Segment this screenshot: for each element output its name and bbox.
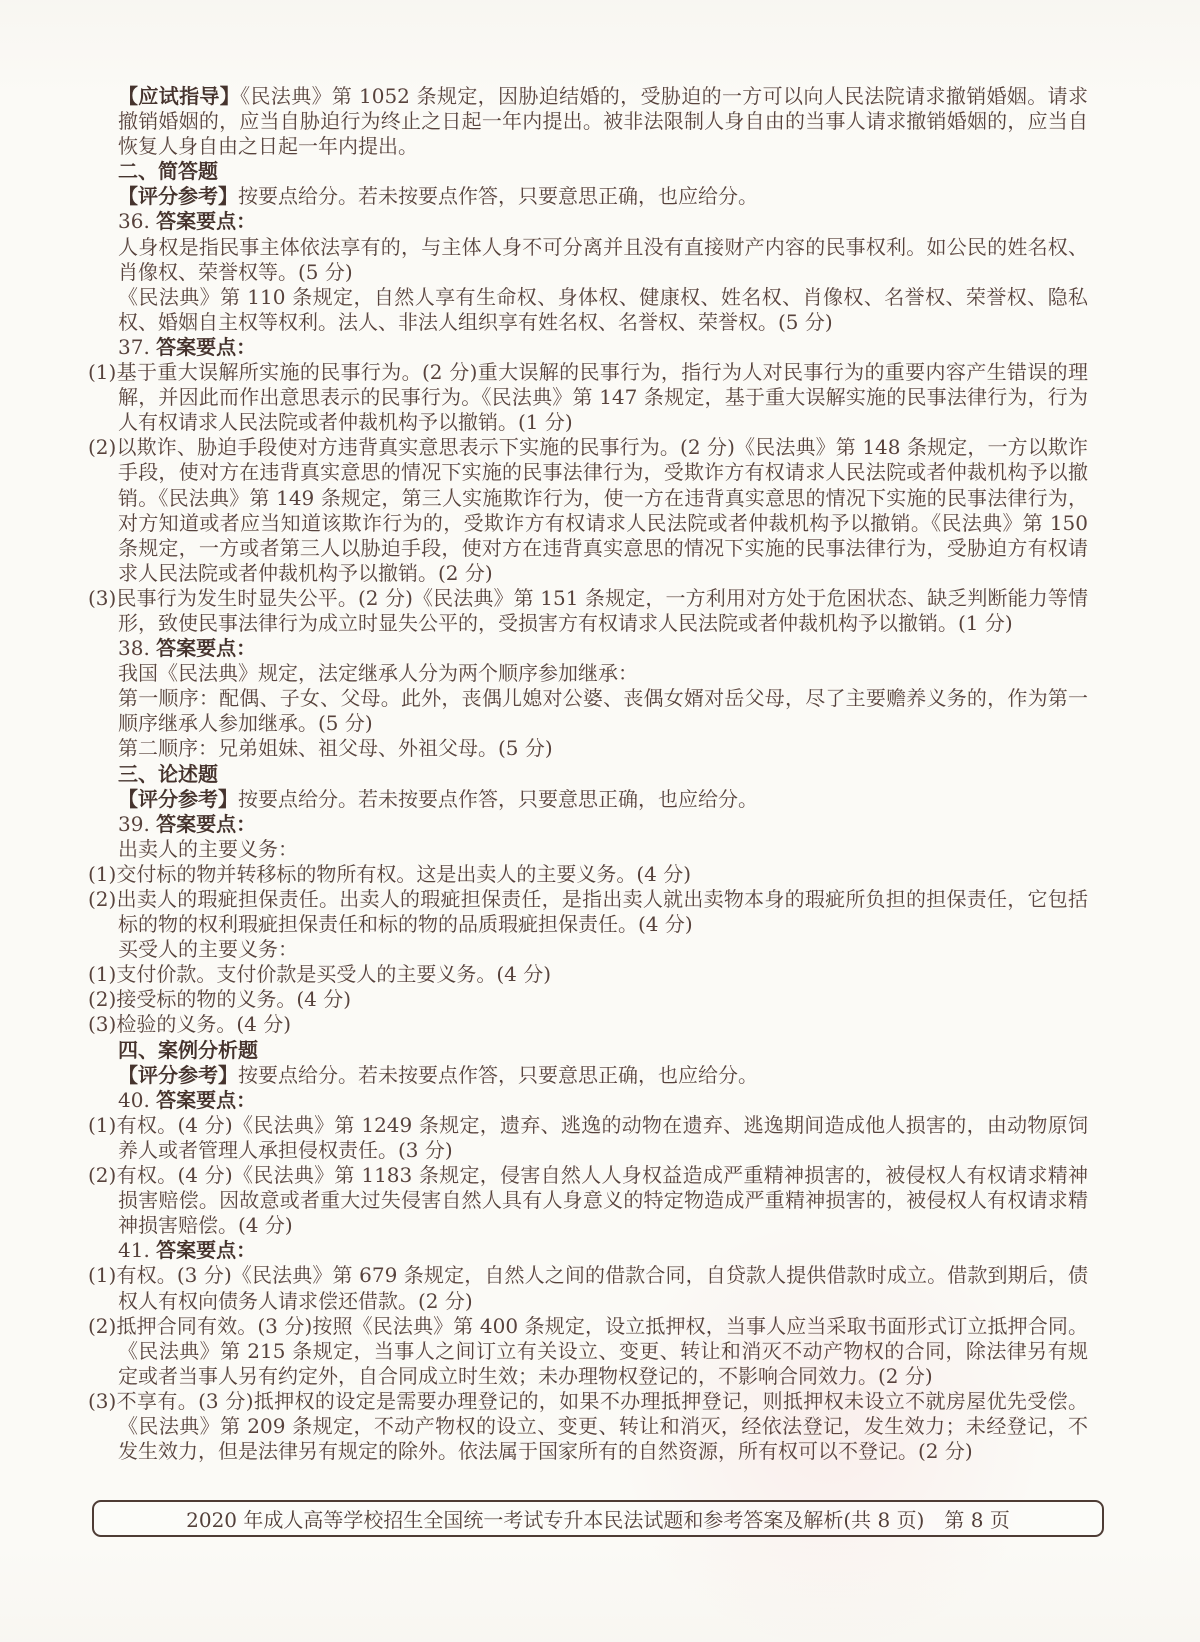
bracket-label: 【评分参考】 <box>118 787 238 811</box>
paragraph-text: (1)基于重大误解所实施的民事行为。(2 分)重大误解的民事行为，指行为人对民事… <box>88 360 1088 434</box>
answer-points-label: 答案要点： <box>156 335 256 359</box>
answer-heading: 41. 答案要点： <box>118 1238 1088 1263</box>
answer-item: (1)有权。(4 分)《民法典》第 1249 条规定，遗弃、逃逸的动物在遗弃、逃… <box>118 1113 1088 1163</box>
answer-heading: 39. 答案要点： <box>118 812 1088 837</box>
paragraph-text: (1)有权。(4 分)《民法典》第 1249 条规定，遗弃、逃逸的动物在遗弃、逃… <box>88 1113 1088 1162</box>
answer-points-label: 答案要点： <box>156 812 256 836</box>
paragraph-text: 第一顺序：配偶、子女、父母。此外，丧偶儿媳对公婆、丧偶女婿对岳父母，尽了主要赡养… <box>118 686 1088 735</box>
paragraph-text: (2)有权。(4 分)《民法典》第 1183 条规定，侵害自然人人身权益造成严重… <box>88 1163 1088 1237</box>
answer-points-label: 答案要点： <box>156 1088 256 1112</box>
document-content: 【应试指导】《民法典》第 1052 条规定，因胁迫结婚的，受胁迫的一方可以向人民… <box>118 84 1088 1464</box>
paragraph-text: (3)民事行为发生时显失公平。(2 分)《民法典》第 151 条规定，一方利用对… <box>88 586 1088 635</box>
answer-paragraph: 买受人的主要义务： <box>118 937 1088 962</box>
bracket-label: 【应试指导】 <box>118 84 240 108</box>
paragraph-text: (2)出卖人的瑕疵担保责任。出卖人的瑕疵担保责任，是指出卖人就出卖物本身的瑕疵所… <box>88 887 1088 936</box>
answer-item: (2)有权。(4 分)《民法典》第 1183 条规定，侵害自然人人身权益造成严重… <box>118 1163 1088 1238</box>
answer-heading: 37. 答案要点： <box>118 335 1088 360</box>
answer-item: (2)接受标的物的义务。(4 分) <box>118 987 1088 1012</box>
item-number: 38. <box>118 636 156 660</box>
scoring-reference: 【评分参考】按要点给分。若未按要点作答，只要意思正确，也应给分。 <box>118 1063 1088 1088</box>
answer-heading: 40. 答案要点： <box>118 1088 1088 1113</box>
paragraph-text: 第二顺序：兄弟姐妹、祖父母、外祖父母。(5 分) <box>118 736 553 760</box>
paragraph-text: 四、案例分析题 <box>118 1038 258 1062</box>
answer-paragraph: 第一顺序：配偶、子女、父母。此外，丧偶儿媳对公婆、丧偶女婿对岳父母，尽了主要赡养… <box>118 686 1088 736</box>
answer-paragraph: 第二顺序：兄弟姐妹、祖父母、外祖父母。(5 分) <box>118 736 1088 761</box>
section-heading: 四、案例分析题 <box>118 1038 1088 1063</box>
answer-points-label: 答案要点： <box>156 209 256 233</box>
answer-item: (3)不享有。(3 分)抵押权的设定是需要办理登记的，如果不办理抵押登记，则抵押… <box>118 1389 1088 1464</box>
paragraph-text: (2)接受标的物的义务。(4 分) <box>88 987 351 1011</box>
answer-item: (2)以欺诈、胁迫手段使对方违背真实意思表示下实施的民事行为。(2 分)《民法典… <box>118 435 1088 586</box>
paragraph-text: (3)检验的义务。(4 分) <box>88 1012 291 1036</box>
page-footer: 2020 年成人高等学校招生全国统一考试专升本民法试题和参考答案及解析(共 8 … <box>92 1500 1104 1537</box>
paragraph-text: (3)不享有。(3 分)抵押权的设定是需要办理登记的，如果不办理抵押登记，则抵押… <box>88 1389 1088 1463</box>
answer-points-label: 答案要点： <box>156 636 256 660</box>
paragraph-text: 《民法典》第 110 条规定，自然人享有生命权、身体权、健康权、姓名权、肖像权、… <box>118 285 1088 334</box>
answer-item: (2)出卖人的瑕疵担保责任。出卖人的瑕疵担保责任，是指出卖人就出卖物本身的瑕疵所… <box>118 887 1088 937</box>
answer-paragraph: 我国《民法典》规定，法定继承人分为两个顺序参加继承： <box>118 661 1088 686</box>
paragraph-text: 人身权是指民事主体依法享有的，与主体人身不可分离并且没有直接财产内容的民事权利。… <box>118 235 1088 284</box>
paragraph-text: (2)以欺诈、胁迫手段使对方违背真实意思表示下实施的民事行为。(2 分)《民法典… <box>88 435 1088 584</box>
answer-item: (1)有权。(3 分)《民法典》第 679 条规定，自然人之间的借款合同，自贷款… <box>118 1263 1088 1313</box>
answer-item: (2)抵押合同有效。(3 分)按照《民法典》第 400 条规定，设立抵押权，当事… <box>118 1314 1088 1389</box>
paragraph-text: 按要点给分。若未按要点作答，只要意思正确，也应给分。 <box>238 184 758 208</box>
paragraph-text: 《民法典》第 1052 条规定，因胁迫结婚的，受胁迫的一方可以向人民法院请求撤销… <box>118 84 1088 158</box>
scoring-reference: 【评分参考】按要点给分。若未按要点作答，只要意思正确，也应给分。 <box>118 787 1088 812</box>
paragraph-text: 买受人的主要义务： <box>118 937 298 961</box>
paragraph-text: 按要点给分。若未按要点作答，只要意思正确，也应给分。 <box>238 787 758 811</box>
item-number: 36. <box>118 209 156 233</box>
bracket-label: 【评分参考】 <box>118 1063 238 1087</box>
page-footer-text: 2020 年成人高等学校招生全国统一考试专升本民法试题和参考答案及解析(共 8 … <box>186 1504 1010 1533</box>
bracket-label: 【评分参考】 <box>118 184 238 208</box>
answer-heading: 36. 答案要点： <box>118 209 1088 234</box>
answer-paragraph: 人身权是指民事主体依法享有的，与主体人身不可分离并且没有直接财产内容的民事权利。… <box>118 235 1088 285</box>
section-heading: 三、论述题 <box>118 762 1088 787</box>
paragraph-text: (2)抵押合同有效。(3 分)按照《民法典》第 400 条规定，设立抵押权，当事… <box>88 1314 1088 1388</box>
paragraph-text: (1)有权。(3 分)《民法典》第 679 条规定，自然人之间的借款合同，自贷款… <box>88 1263 1088 1312</box>
exam-guide-note: 【应试指导】《民法典》第 1052 条规定，因胁迫结婚的，受胁迫的一方可以向人民… <box>118 84 1088 159</box>
answer-points-label: 答案要点： <box>156 1238 256 1262</box>
paragraph-text: (1)支付价款。支付价款是买受人的主要义务。(4 分) <box>88 962 551 986</box>
scoring-reference: 【评分参考】按要点给分。若未按要点作答，只要意思正确，也应给分。 <box>118 184 1088 209</box>
paragraph-text: 三、论述题 <box>118 762 218 786</box>
paragraph-text: (1)交付标的物并转移标的物所有权。这是出卖人的主要义务。(4 分) <box>88 862 691 886</box>
paragraph-text: 按要点给分。若未按要点作答，只要意思正确，也应给分。 <box>238 1063 758 1087</box>
item-number: 40. <box>118 1088 156 1112</box>
answer-paragraph: 出卖人的主要义务： <box>118 837 1088 862</box>
item-number: 37. <box>118 335 156 359</box>
paragraph-text: 出卖人的主要义务： <box>118 837 298 861</box>
answer-item: (1)支付价款。支付价款是买受人的主要义务。(4 分) <box>118 962 1088 987</box>
answer-item: (3)民事行为发生时显失公平。(2 分)《民法典》第 151 条规定，一方利用对… <box>118 586 1088 636</box>
answer-heading: 38. 答案要点： <box>118 636 1088 661</box>
answer-item: (1)交付标的物并转移标的物所有权。这是出卖人的主要义务。(4 分) <box>118 862 1088 887</box>
section-heading: 二、简答题 <box>118 159 1088 184</box>
answer-paragraph: 《民法典》第 110 条规定，自然人享有生命权、身体权、健康权、姓名权、肖像权、… <box>118 285 1088 335</box>
answer-item: (3)检验的义务。(4 分) <box>118 1012 1088 1037</box>
paragraph-text: 我国《民法典》规定，法定继承人分为两个顺序参加继承： <box>118 661 638 685</box>
paragraph-text: 二、简答题 <box>118 159 218 183</box>
answer-item: (1)基于重大误解所实施的民事行为。(2 分)重大误解的民事行为，指行为人对民事… <box>118 360 1088 435</box>
item-number: 39. <box>118 812 156 836</box>
item-number: 41. <box>118 1238 156 1262</box>
